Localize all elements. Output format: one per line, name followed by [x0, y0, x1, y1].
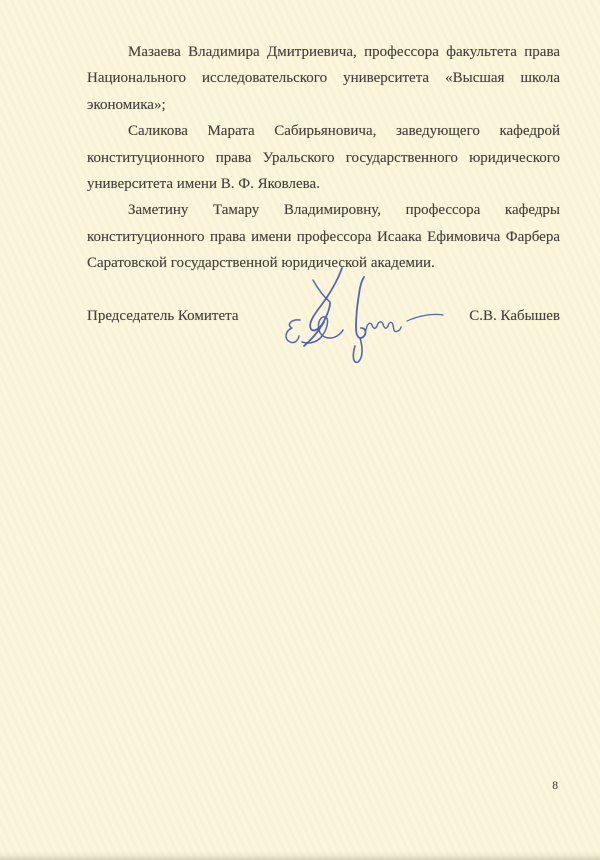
signatory-name: С.В. Кабышев	[469, 303, 560, 329]
paragraph: Мазаева Владимира Дмитриевича, профессор…	[87, 39, 560, 118]
paragraph-line: Национального исследовательского универс…	[87, 65, 560, 91]
document-page: Мазаева Владимира Дмитриевича, профессор…	[0, 0, 600, 860]
signature-stroke	[313, 280, 330, 302]
paragraph-line: Саликова Марата Сабирьяновича, заведующе…	[87, 118, 560, 144]
page-number: 8	[552, 780, 558, 792]
paragraph-line: Заметину Тамару Владимировну, профессора…	[87, 197, 560, 223]
paragraph-line: конституционного права имени профессора …	[87, 224, 560, 250]
paragraph-line: Мазаева Владимира Дмитриевича, профессор…	[87, 39, 560, 65]
paragraph: Заметину Тамару Владимировну, профессора…	[87, 197, 560, 276]
paragraph-line: конституционного права Уральского госуда…	[87, 145, 560, 171]
signature-block: Председатель Комитета С.В. Кабышев	[87, 303, 560, 329]
signature-stroke	[353, 338, 362, 362]
document-body: Мазаева Владимира Дмитриевича, профессор…	[87, 39, 560, 277]
signatory-role: Председатель Комитета	[87, 303, 239, 329]
paragraph-line: Саратовской государственной юридической …	[87, 250, 560, 276]
paragraph-line: экономика»;	[87, 92, 560, 118]
paragraph: Саликова Марата Сабирьяновича, заведующе…	[87, 118, 560, 197]
paragraph-line: университета имени В. Ф. Яковлева.	[87, 171, 560, 197]
